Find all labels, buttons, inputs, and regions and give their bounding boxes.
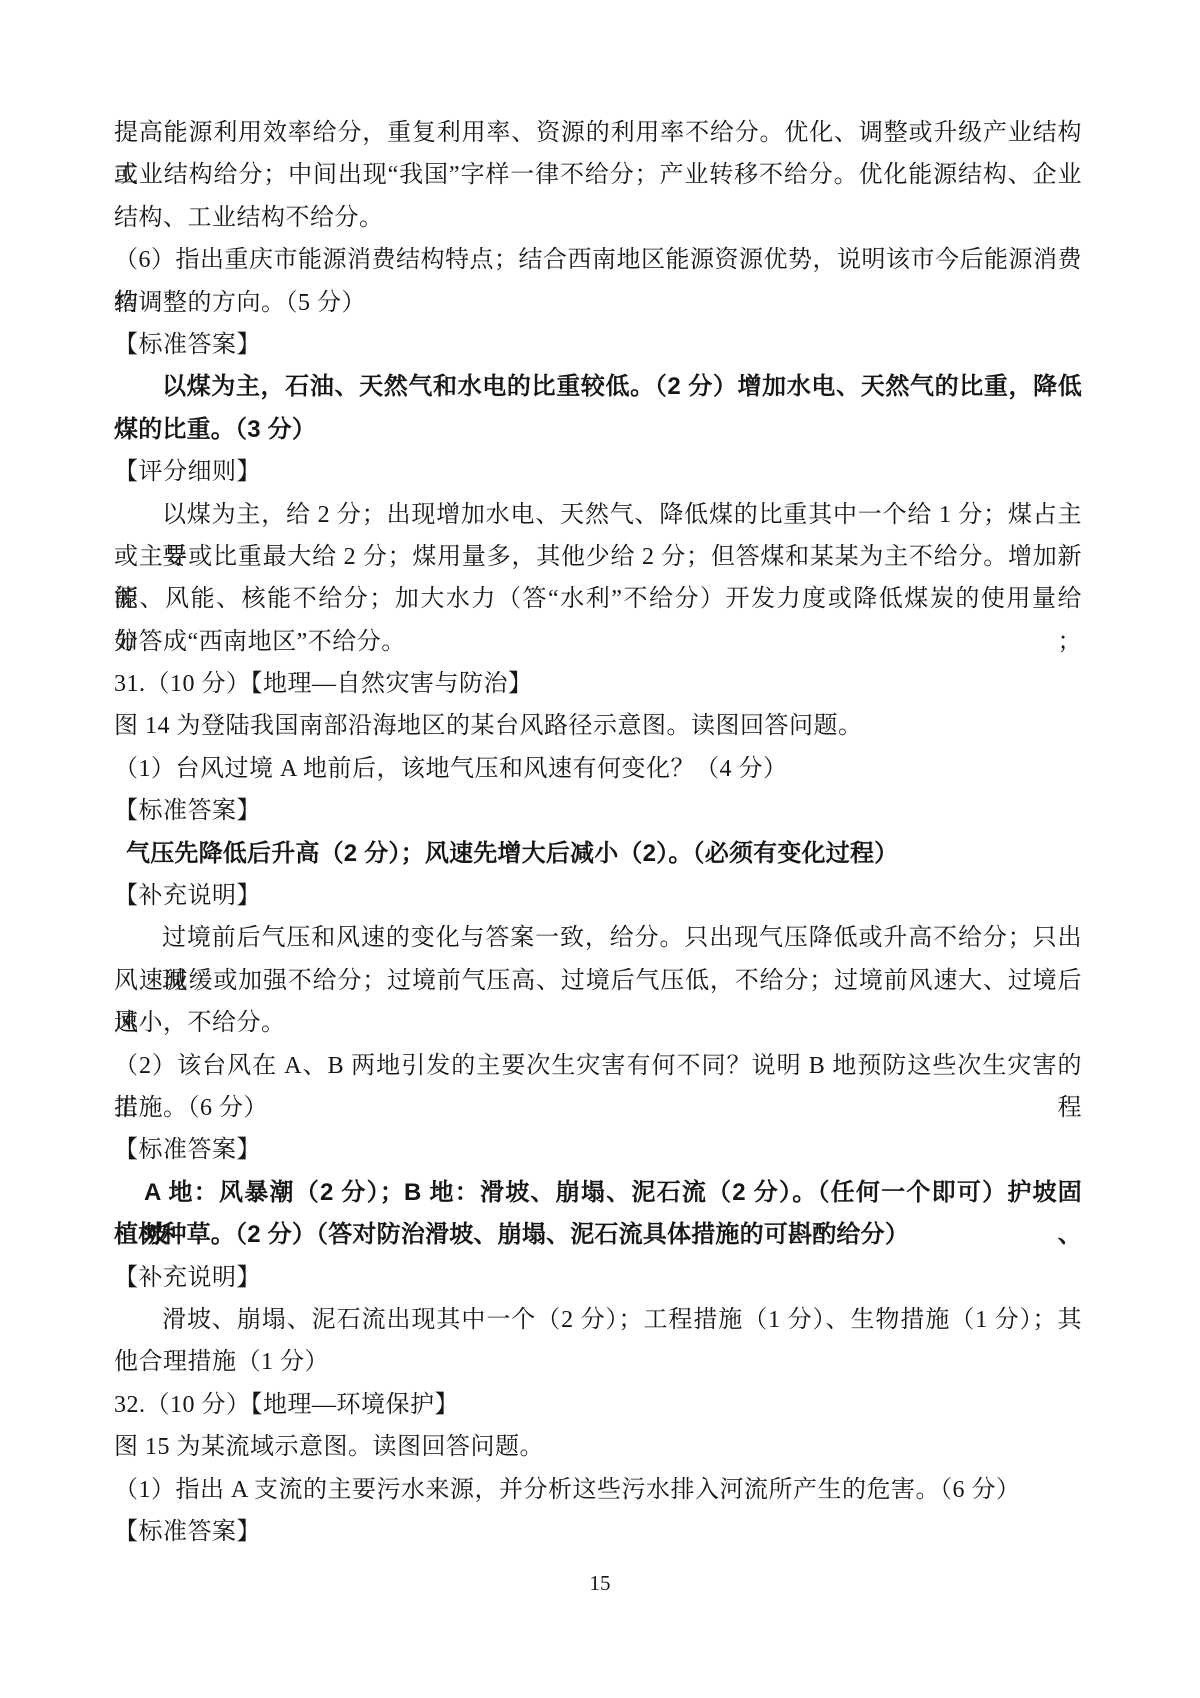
text-line: 过境前后气压和风速的变化与答案一致，给分。只出现气压降低或升高不给分；只出现 (114, 917, 1082, 959)
text-line: 【补充说明】 (114, 875, 1082, 917)
text-line: （1）台风过境 A 地前后，该地气压和风速有何变化？（4 分） (114, 748, 1082, 790)
text-line: 或主导或比重最大给 2 分；煤用量多，其他少给 2 分；但答煤和某某为主不给分。… (114, 536, 1082, 578)
text-line: 32.（10 分）【地理—环境保护】 (114, 1384, 1082, 1426)
document-page: 提高能源利用效率给分，重复利用率、资源的利用率不给分。优化、调整或升级产业结构或… (0, 0, 1200, 1698)
text-line: 风速减缓或加强不给分；过境前气压高、过境后气压低，不给分；过境前风速大、过境后风 (114, 960, 1082, 1002)
text-line: 图 14 为登陆我国南部沿海地区的某台风路径示意图。读图回答问题。 (114, 705, 1082, 747)
text-line: 【评分细则】 (114, 451, 1082, 493)
text-line: 速小，不给分。 (114, 1002, 1082, 1044)
text-line: 以煤为主，给 2 分；出现增加水电、天然气、降低煤的比重其中一个给 1 分；煤占… (114, 494, 1082, 536)
text-line: 【标准答案】 (114, 324, 1082, 366)
text-line: 提高能源利用效率给分，重复利用率、资源的利用率不给分。优化、调整或升级产业结构或 (114, 112, 1082, 154)
text-line: 图 15 为某流域示意图。读图回答问题。 (114, 1426, 1082, 1468)
page-number: 15 (0, 1570, 1200, 1596)
text-line: 构调整的方向。（5 分） (114, 282, 1082, 324)
text-line: 源、风能、核能不给分；加大水力（答“水利”不给分）开发力度或降低煤炭的使用量给分… (114, 578, 1082, 620)
text-line: 工业结构给分；中间出现“我国”字样一律不给分；产业转移不给分。优化能源结构、企业 (114, 154, 1082, 196)
text-line: 以煤为主，石油、天然气和水电的比重较低。（2 分）增加水电、天然气的比重，降低 (114, 366, 1082, 408)
text-line: 【标准答案】 (114, 790, 1082, 832)
text-line: 【标准答案】 (114, 1129, 1082, 1171)
text-line: 煤的比重。（3 分） (114, 409, 1082, 451)
text-line: （6）指出重庆市能源消费结构特点；结合西南地区能源资源优势，说明该市今后能源消费… (114, 239, 1082, 281)
content-area: 提高能源利用效率给分，重复利用率、资源的利用率不给分。优化、调整或升级产业结构或… (114, 112, 1082, 1553)
text-line: （2）该台风在 A、B 两地引发的主要次生灾害有何不同？说明 B 地预防这些次生… (114, 1045, 1082, 1087)
text-line: A 地：风暴潮（2 分）；B 地：滑坡、崩塌、泥石流（2 分）。（任何一个即可）… (114, 1172, 1082, 1214)
text-line: 结构、工业结构不给分。 (114, 197, 1082, 239)
text-line: 滑坡、崩塌、泥石流出现其中一个（2 分）；工程措施（1 分）、生物措施（1 分）… (114, 1299, 1082, 1341)
text-line: 【标准答案】 (114, 1511, 1082, 1553)
text-line: 他合理措施（1 分） (114, 1341, 1082, 1383)
text-line: 31.（10 分）【地理—自然灾害与防治】 (114, 663, 1082, 705)
text-line: （1）指出 A 支流的主要污水来源，并分析这些污水排入河流所产生的危害。（6 分… (114, 1469, 1082, 1511)
text-line: 气压先降低后升高（2 分）；风速先增大后减小（2）。（必须有变化过程） (114, 833, 1082, 875)
text-line: 【补充说明】 (114, 1257, 1082, 1299)
